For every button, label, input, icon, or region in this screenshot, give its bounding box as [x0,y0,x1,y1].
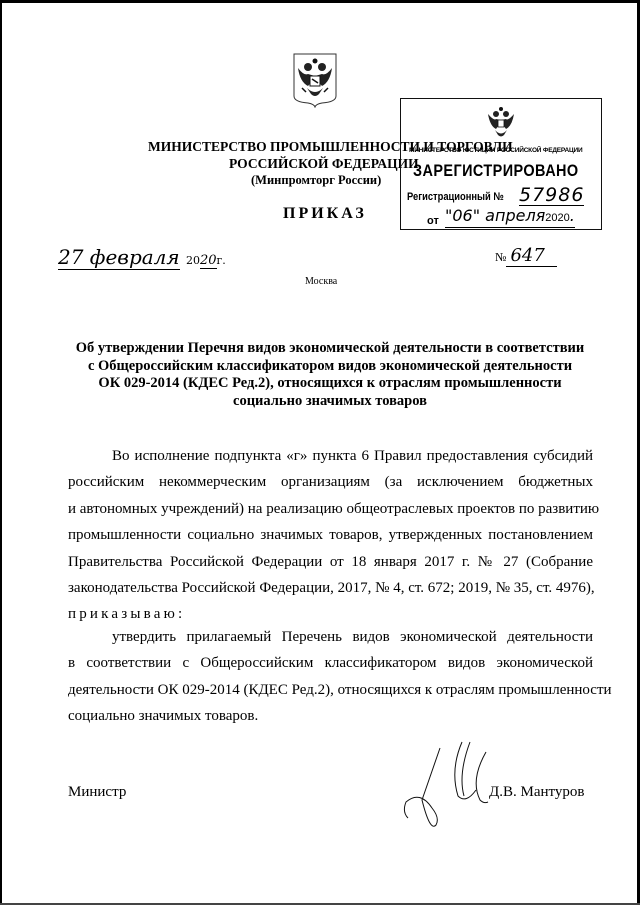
paragraph-line: Правительства Российской Федерации от 18… [68,549,593,575]
stamp-date-prefix: от [427,215,439,227]
russian-coat-of-arms-icon [292,52,338,108]
stamp-ministry-name: МИНИСТЕРСТВО ЮСТИЦИИ РОССИЙСКОЙ ФЕДЕРАЦИ… [409,147,582,154]
order-number-label: № [495,250,506,264]
order-date: 27 февраля 2020г. [58,245,226,269]
order-year-suffix: г. [217,254,226,267]
paragraph-line: в соответствии с Общероссийским классифи… [68,650,593,676]
signatory-position: Министр [68,784,126,801]
resolution-paragraph: утвердить прилагаемый Перечень видов эко… [68,624,593,730]
stamp-registration-number: 57986 [519,185,584,206]
russian-coat-of-arms-icon [486,104,516,140]
order-city: Москва [305,276,337,287]
signatory-name: Д.В. Мантуров [489,784,584,801]
scan-border-left [0,0,2,905]
ministry-short-name: (Минпромторг России) [251,173,381,188]
title-line: с Общероссийским классификатором видов э… [60,358,600,376]
handwritten-signature-icon [400,740,500,840]
paragraph-line: промышленности социально значимых товаро… [68,522,593,548]
stamp-date: "06" апреля2020. [445,207,575,228]
registration-stamp: МИНИСТЕРСТВО ЮСТИЦИИ РОССИЙСКОЙ ФЕДЕРАЦИ… [400,98,602,230]
order-year-prefix: 20 [186,254,200,267]
order-date-handwritten: 27 февраля [58,245,180,270]
paragraph-line: утвердить прилагаемый Перечень видов эко… [68,624,593,650]
order-title: Об утверждении Перечня видов экономическ… [60,340,600,410]
paragraph-line: Во исполнение подпункта «г» пункта 6 Пра… [68,443,593,469]
order-year-handwritten: 20 [200,253,217,269]
order-number: №647 [495,245,557,266]
paragraph-line: и автономных учреждений) на реализацию о… [68,496,593,522]
paragraph-line: деятельности ОК 029-2014 (КДЕС Ред.2), о… [68,677,593,703]
stamp-date-day: "06" [445,206,480,225]
title-line: Об утверждении Перечня видов экономическ… [60,340,600,358]
stamp-number-label: Регистрационный № [407,191,504,203]
document-type: ПРИКАЗ [283,205,367,223]
paragraph-line: законодательства Российской Федерации, 2… [68,575,593,601]
ministry-name-line2: РОССИЙСКОЙ ФЕДЕРАЦИИ [229,156,419,172]
title-line: социально значимых товаров [60,393,600,411]
order-number-value: 647 [506,245,556,267]
preamble-paragraph: Во исполнение подпункта «г» пункта 6 Пра… [68,443,593,628]
stamp-registered-label: ЗАРЕГИСТРИРОВАНО [413,161,579,181]
stamp-date-month: апреля [485,206,545,225]
stamp-date-year: 2020 [545,212,569,224]
paragraph-line: российским некоммерческим организациям (… [68,469,593,495]
scan-border-top [0,0,640,3]
title-line: ОК 029-2014 (КДЕС Ред.2), относящихся к … [60,375,600,393]
paragraph-line: социально значимых товаров. [68,703,593,729]
